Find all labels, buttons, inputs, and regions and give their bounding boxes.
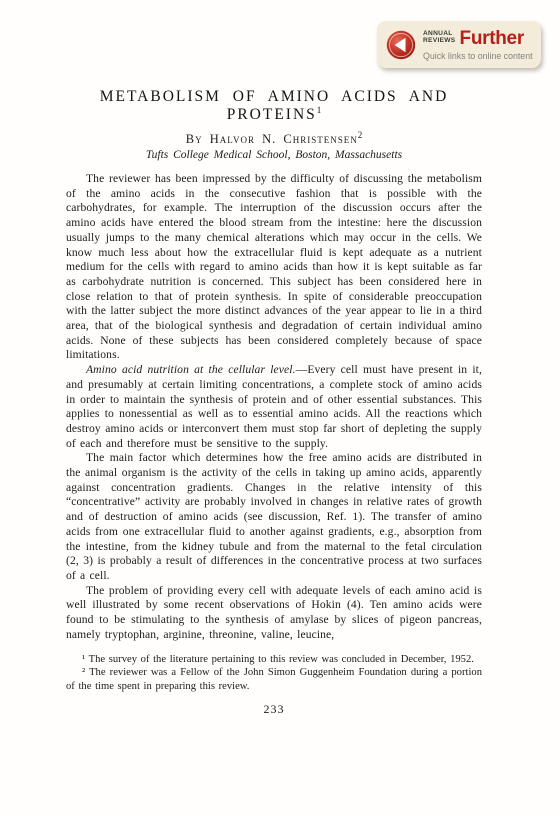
left-arrow-circle-icon	[386, 30, 416, 60]
article-title-text: METABOLISM OF AMINO ACIDS AND PROTEINS	[100, 88, 449, 123]
paragraph-3-text: The main factor which determines how the…	[66, 451, 482, 582]
article-body: The reviewer has been impressed by the d…	[66, 172, 482, 643]
byline-footnote-marker: 2	[358, 130, 363, 140]
title-footnote-marker: 1	[317, 105, 322, 115]
annual-reviews-further-badge[interactable]: ANNUAL REVIEWS Further Quick links to on…	[377, 21, 541, 68]
footnotes: ¹ The survey of the literature pertainin…	[66, 653, 482, 694]
article-title: METABOLISM OF AMINO ACIDS AND PROTEINS1	[66, 88, 482, 124]
footnote-2: ² The reviewer was a Fellow of the John …	[66, 666, 482, 693]
footnote-1: ¹ The survey of the literature pertainin…	[66, 653, 482, 667]
further-brand-label: Further	[460, 29, 524, 48]
paragraph-2: Amino acid nutrition at the cellular lev…	[66, 363, 482, 451]
affiliation: Tufts College Medical School, Boston, Ma…	[66, 149, 482, 161]
paragraph-1: The reviewer has been impressed by the d…	[66, 172, 482, 363]
article-content: METABOLISM OF AMINO ACIDS AND PROTEINS1 …	[66, 88, 482, 717]
paragraph-1-text: The reviewer has been impressed by the d…	[66, 172, 482, 361]
paragraph-2-lead: Amino acid nutrition at the cellular lev…	[86, 363, 296, 376]
byline: By Halvor N. Christensen2	[66, 132, 482, 147]
publisher-name: ANNUAL REVIEWS	[423, 31, 456, 45]
paragraph-4-text: The problem of providing every cell with…	[66, 584, 482, 641]
paragraph-4: The problem of providing every cell with…	[66, 584, 482, 643]
byline-text: By Halvor N. Christensen	[186, 132, 358, 146]
badge-tagline: Quick links to online content	[423, 51, 533, 61]
paragraph-3: The main factor which determines how the…	[66, 451, 482, 583]
page-number: 233	[66, 702, 482, 717]
journal-page: ANNUAL REVIEWS Further Quick links to on…	[0, 0, 560, 816]
badge-text-block: ANNUAL REVIEWS Further Quick links to on…	[423, 29, 533, 61]
publisher-line-2: REVIEWS	[423, 38, 456, 45]
